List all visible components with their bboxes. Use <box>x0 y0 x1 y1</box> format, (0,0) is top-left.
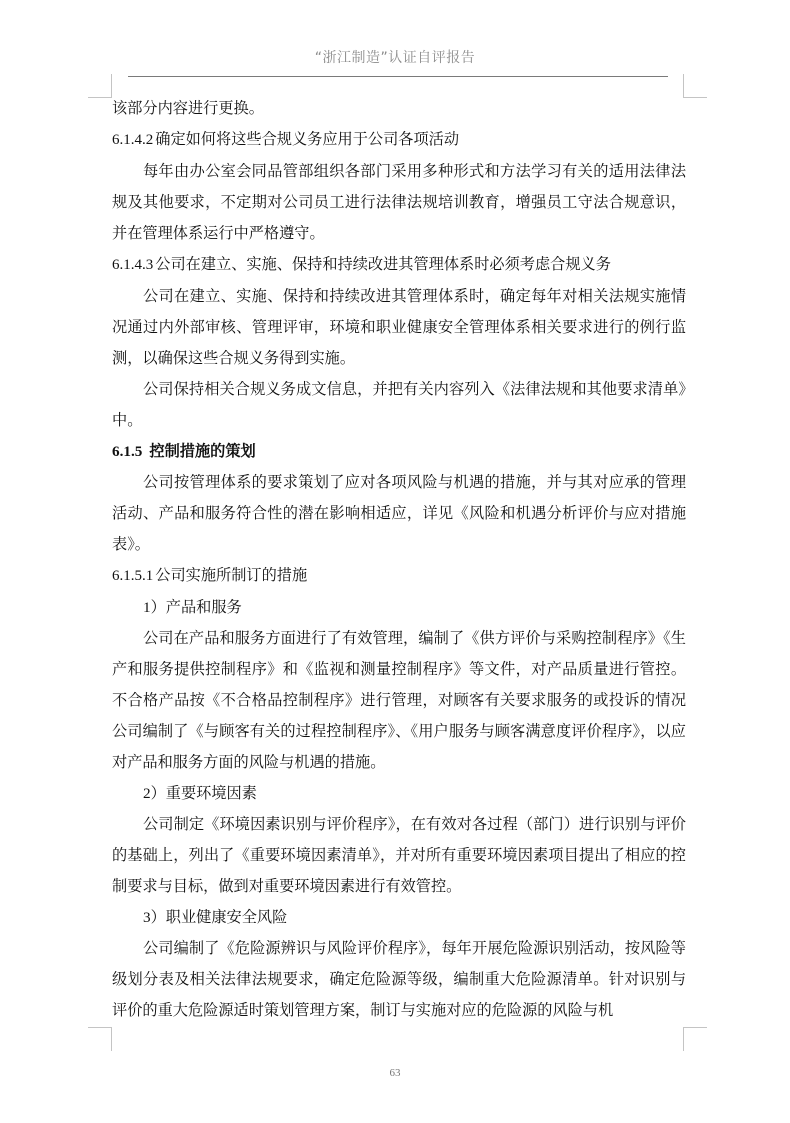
page-header-title: “浙江制造”认证自评报告 <box>0 47 790 67</box>
margin-corner-mark-top-right <box>683 74 707 98</box>
paragraph: 公司制定《环境因素识别与评价程序》，在有效对各过程（部门）进行识别与评价的基础上… <box>112 809 686 902</box>
list-title: 职业健康安全风险 <box>166 908 288 926</box>
document-body: 该部分内容进行更换。 6.1.4.2确定如何将这些合规义务应用于公司各项活动 每… <box>112 93 686 1026</box>
section-title: 控制措施的策划 <box>149 442 255 460</box>
margin-corner-mark-bottom-right <box>683 1027 707 1051</box>
list-number: 1） <box>143 599 166 616</box>
section-title: 公司实施所制订的措施 <box>155 567 307 584</box>
list-title: 产品和服务 <box>166 598 242 616</box>
margin-corner-mark-bottom-left <box>88 1027 112 1051</box>
paragraph: 公司按管理体系的要求策划了应对各项风险与机遇的措施，并与其对应承的管理活动、产品… <box>112 467 686 560</box>
page-number: 63 <box>0 1067 790 1079</box>
section-heading-6-1-5: 6.1.5控制措施的策划 <box>112 436 686 467</box>
paragraph: 公司编制了《危险源辨识与风险评价程序》，每年开展危险源识别活动，按风险等级划分表… <box>112 933 686 1026</box>
paragraph: 公司保持相关合规义务成文信息，并把有关内容列入《法律法规和其他要求清单》中。 <box>112 374 686 436</box>
paragraph: 公司在产品和服务方面进行了有效管理，编制了《供方评价与采购控制程序》《生产和服务… <box>112 623 686 778</box>
list-title: 重要环境因素 <box>166 784 257 802</box>
paragraph: 公司在建立、实施、保持和持续改进其管理体系时，确定每年对相关法规实施情况通过内外… <box>112 281 686 374</box>
section-number: 6.1.5 <box>112 443 142 460</box>
list-item-products-services: 1）产品和服务 <box>112 592 686 623</box>
section-heading-6-1-5-1: 6.1.5.1公司实施所制订的措施 <box>112 560 686 592</box>
section-number: 6.1.4.2 <box>112 132 153 148</box>
section-heading-6-1-4-2: 6.1.4.2确定如何将这些合规义务应用于公司各项活动 <box>112 124 686 156</box>
section-number: 6.1.5.1 <box>112 568 153 584</box>
section-title: 公司在建立、实施、保持和持续改进其管理体系时必须考虑合规义务 <box>155 256 611 273</box>
list-item-ohs-risk: 3）职业健康安全风险 <box>112 902 686 933</box>
list-number: 2） <box>143 785 166 802</box>
list-number: 3） <box>143 909 166 926</box>
paragraph: 每年由办公室会同品管部组织各部门采用多种形式和方法学习有关的适用法律法规及其他要… <box>112 156 686 249</box>
margin-corner-mark-top-left <box>88 74 112 98</box>
section-heading-6-1-4-3: 6.1.4.3公司在建立、实施、保持和持续改进其管理体系时必须考虑合规义务 <box>112 249 686 281</box>
header-divider <box>128 76 668 77</box>
paragraph: 该部分内容进行更换。 <box>112 93 686 124</box>
section-number: 6.1.4.3 <box>112 257 153 273</box>
list-item-environmental-factors: 2）重要环境因素 <box>112 778 686 809</box>
section-title: 确定如何将这些合规义务应用于公司各项活动 <box>155 131 459 148</box>
